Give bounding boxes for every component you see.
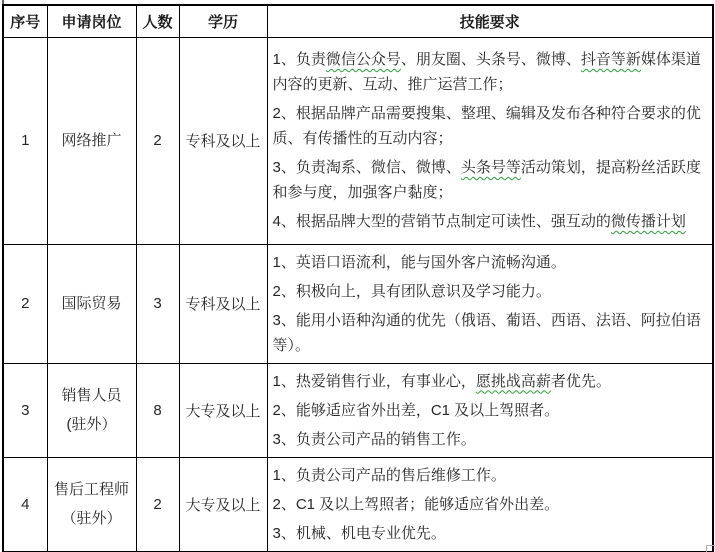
cell-count: 3 — [136, 244, 179, 363]
cell-education: 大专及以上 — [179, 457, 267, 552]
position-line: 国际贸易 — [50, 289, 134, 318]
table-body: 1网络推广2专科及以上1、负责微信公众号、朋友圈、头条号、微博、抖音等新媒体渠道… — [3, 37, 713, 552]
text-segment: 、朋友圈、头条号、微博、 — [401, 51, 581, 68]
wavy-text: 微传播计划 — [611, 213, 686, 230]
text-segment: 3、能用小语种沟通的优先（俄语、葡语、西语、法语、阿拉伯语等）。 — [273, 312, 701, 354]
skill-item: 2、根据品牌产品需要搜集、整理、编辑及发布各种符合要求的优质、有传播性的互动内容… — [273, 101, 708, 151]
cell-education: 大专及以上 — [179, 363, 267, 457]
skill-item: 2、能够适应省外出差，C1 及以上驾照者。 — [273, 398, 708, 423]
skill-item: 4、根据品牌大型的营销节点制定可读性、强互动的微传播计划 — [273, 209, 708, 234]
skill-item: 1、负责公司产品的售后维修工作。 — [273, 463, 708, 488]
cell-skills: 1、负责微信公众号、朋友圈、头条号、微博、抖音等新媒体渠道内容的更新、互动、推广… — [267, 37, 713, 244]
wavy-text: 头条号等 — [461, 159, 521, 176]
cell-position: 国际贸易 — [47, 244, 136, 363]
cell-skills: 1、英语口语流利，能与国外客户流畅沟通。2、积极向上，具有团队意识及学习能力。3… — [267, 244, 713, 363]
position-line: （驻外） — [50, 504, 134, 533]
cell-no: 2 — [3, 244, 47, 363]
table-resize-handle-icon[interactable] — [706, 545, 715, 552]
skill-item: 3、负责公司产品的销售工作。 — [273, 427, 708, 452]
skill-item: 3、机械、机电专业优先。 — [273, 521, 708, 546]
document-table-sheet: 序号 申请岗位 人数 学历 技能要求 1网络推广2专科及以上1、负责微信公众号、… — [2, 4, 714, 552]
header-cell-skills: 技能要求 — [267, 5, 713, 37]
text-segment: 2、根据品牌产品需要搜集、整理、编辑及发布各种符合要求的优质、有传播性的互动内容… — [273, 105, 701, 147]
table-move-handle-icon — [2, 0, 4, 4]
text-segment: 3、负责公司产品的销售工作。 — [273, 431, 476, 448]
table-row: 1网络推广2专科及以上1、负责微信公众号、朋友圈、头条号、微博、抖音等新媒体渠道… — [3, 37, 713, 244]
text-segment: 2、积极向上，具有团队意识及学习能力。 — [273, 283, 551, 300]
table-header: 序号 申请岗位 人数 学历 技能要求 — [3, 5, 713, 37]
cell-education: 专科及以上 — [179, 244, 267, 363]
text-segment: 1、热爱销售行业，有事业心， — [273, 373, 476, 390]
skill-item: 3、负责淘系、微信、微博、头条号等活动策划，提高粉丝活跃度和参与度，加强客户黏度… — [273, 155, 708, 205]
cell-count: 8 — [136, 363, 179, 457]
position-line: 售后工程师 — [50, 475, 134, 504]
cell-position: 销售人员(驻外） — [47, 363, 136, 457]
table-row: 3销售人员(驻外）8大专及以上1、热爱销售行业，有事业心，愿挑战高薪者优先。2、… — [3, 363, 713, 457]
cell-skills: 1、热爱销售行业，有事业心，愿挑战高薪者优先。2、能够适应省外出差，C1 及以上… — [267, 363, 713, 457]
wavy-text: 抖音等新 — [581, 51, 641, 68]
header-row: 序号 申请岗位 人数 学历 技能要求 — [3, 5, 713, 37]
header-cell-position: 申请岗位 — [47, 5, 136, 37]
text-segment: 4、根据品牌大型的营销节点制定可读性、强互动的 — [273, 213, 611, 230]
header-cell-count: 人数 — [136, 5, 179, 37]
table-row: 4售后工程师（驻外）2大专及以上1、负责公司产品的售后维修工作。2、C1 及以上… — [3, 457, 713, 552]
skill-item: 1、英语口语流利，能与国外客户流畅沟通。 — [273, 250, 708, 275]
header-cell-no: 序号 — [3, 5, 47, 37]
skill-item: 3、能用小语种沟通的优先（俄语、葡语、西语、法语、阿拉伯语等）。 — [273, 308, 708, 358]
cell-no: 1 — [3, 37, 47, 244]
text-segment: 1、负责 — [273, 51, 326, 68]
skill-item: 1、热爱销售行业，有事业心，愿挑战高薪者优先。 — [273, 369, 708, 394]
position-line: (驻外） — [50, 410, 134, 439]
cell-education: 专科及以上 — [179, 37, 267, 244]
cell-count: 2 — [136, 37, 179, 244]
text-segment: 3、机械、机电专业优先。 — [273, 525, 446, 542]
text-segment: 1、英语口语流利，能与国外客户流畅沟通。 — [273, 254, 566, 271]
wavy-text: 愿挑战高薪 — [476, 373, 551, 390]
cell-position: 售后工程师（驻外） — [47, 457, 136, 552]
recruitment-table: 序号 申请岗位 人数 学历 技能要求 1网络推广2专科及以上1、负责微信公众号、… — [2, 4, 714, 552]
position-line: 销售人员 — [50, 381, 134, 410]
cell-count: 2 — [136, 457, 179, 552]
text-segment: 3、负责淘系、微信、微博、 — [273, 159, 461, 176]
text-segment: 2、C1 及以上驾照者；能够适应省外出差。 — [273, 496, 560, 513]
position-line: 网络推广 — [50, 126, 134, 155]
text-segment: 1、负责公司产品的售后维修工作。 — [273, 467, 506, 484]
text-segment: 者优先。 — [551, 373, 611, 390]
table-row: 2国际贸易3专科及以上1、英语口语流利，能与国外客户流畅沟通。2、积极向上，具有… — [3, 244, 713, 363]
skill-item: 2、C1 及以上驾照者；能够适应省外出差。 — [273, 492, 708, 517]
skill-item: 2、积极向上，具有团队意识及学习能力。 — [273, 279, 708, 304]
cell-no: 4 — [3, 457, 47, 552]
skill-item: 1、负责微信公众号、朋友圈、头条号、微博、抖音等新媒体渠道内容的更新、互动、推广… — [273, 47, 708, 97]
cell-position: 网络推广 — [47, 37, 136, 244]
cell-skills: 1、负责公司产品的售后维修工作。2、C1 及以上驾照者；能够适应省外出差。3、机… — [267, 457, 713, 552]
header-cell-education: 学历 — [179, 5, 267, 37]
cell-no: 3 — [3, 363, 47, 457]
text-segment: 2、能够适应省外出差，C1 及以上驾照者。 — [273, 402, 560, 419]
wavy-text: 微信公众号 — [326, 51, 401, 68]
